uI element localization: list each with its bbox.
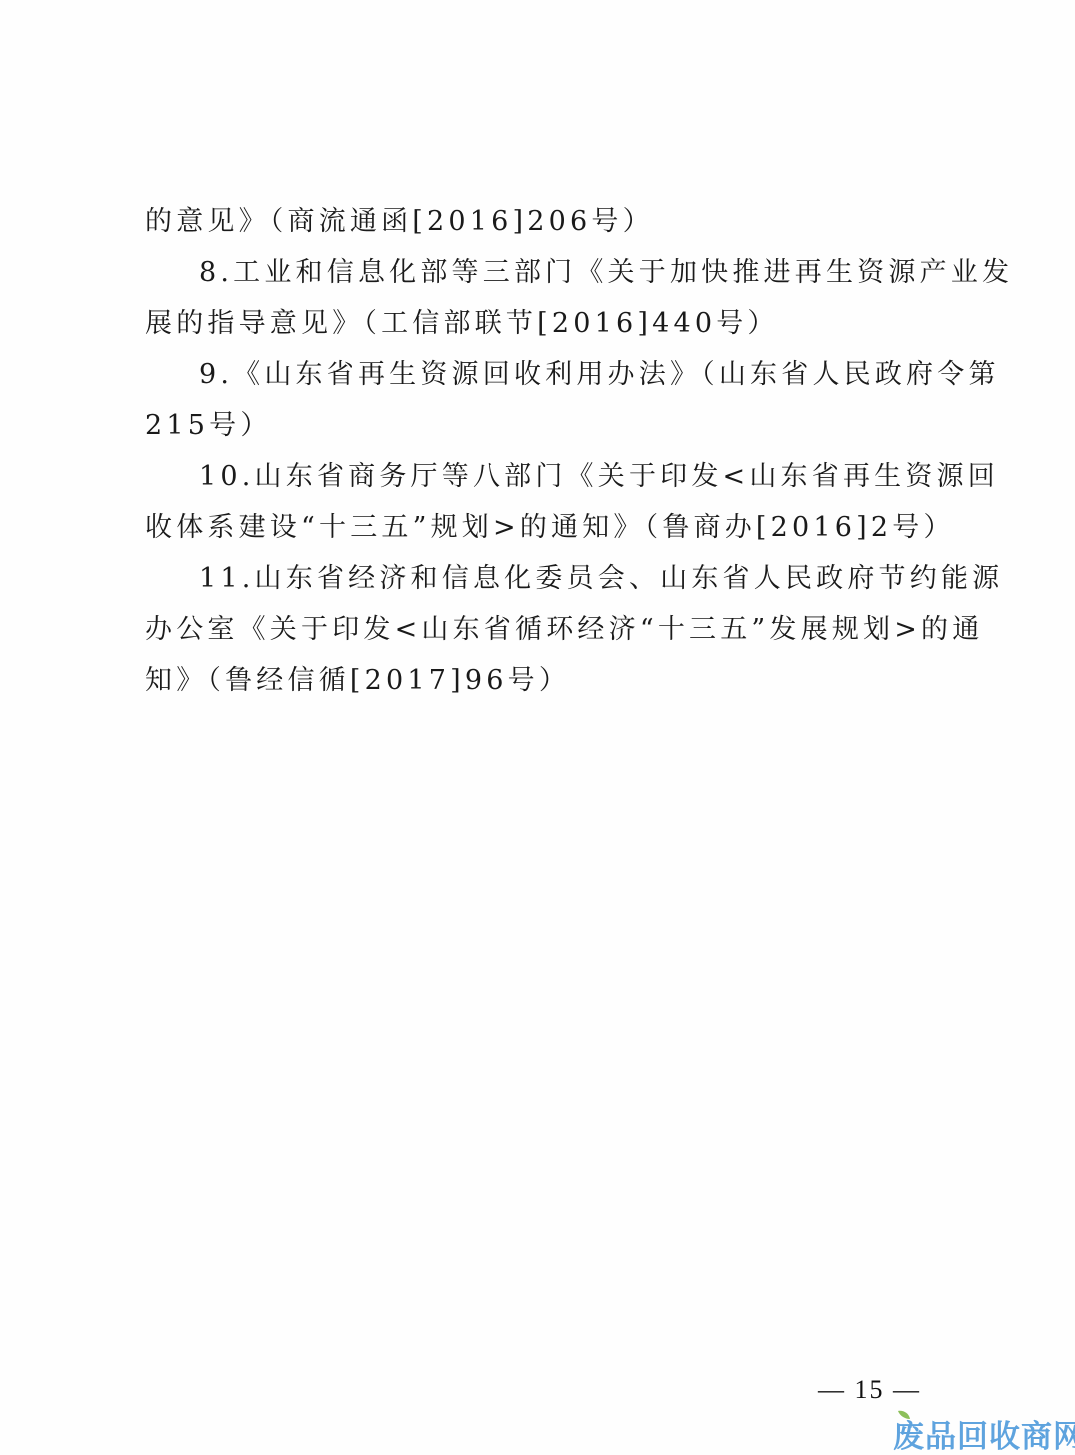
list-item-9-cont: 215号）: [145, 400, 940, 451]
list-item-10-cont: 收体系建设“十三五”规划>的通知》（鲁商办[2016]2号）: [145, 502, 940, 553]
list-item-8-start: 8.工业和信息化部等三部门《关于加快推进再生资源产业发: [145, 247, 940, 298]
watermark-logo: 废品回收商网: [893, 1418, 1075, 1455]
list-item-8-cont: 展的指导意见》（工信部联节[2016]440号）: [145, 298, 940, 349]
list-item-9-start: 9.《山东省再生资源回收利用办法》（山东省人民政府令第: [145, 349, 940, 400]
list-item-11-cont: 办公室《关于印发<山东省循环经济“十三五”发展规划>的通: [145, 604, 940, 655]
text-line: 的意见》（商流通函[2016]206号）: [145, 196, 940, 247]
document-page: 的意见》（商流通函[2016]206号） 8.工业和信息化部等三部门《关于加快推…: [0, 0, 1075, 1455]
list-item-10-start: 10.山东省商务厅等八部门《关于印发<山东省再生资源回: [145, 451, 940, 502]
page-number: — 15 —: [818, 1375, 921, 1405]
watermark-text: 废品回收商网: [893, 1419, 1075, 1455]
list-item-11-end: 知》（鲁经信循[2017]96号）: [145, 655, 940, 706]
document-body: 的意见》（商流通函[2016]206号） 8.工业和信息化部等三部门《关于加快推…: [145, 196, 940, 706]
leaf-icon: [897, 1410, 911, 1420]
list-item-11-start: 11.山东省经济和信息化委员会、山东省人民政府节约能源: [145, 553, 940, 604]
